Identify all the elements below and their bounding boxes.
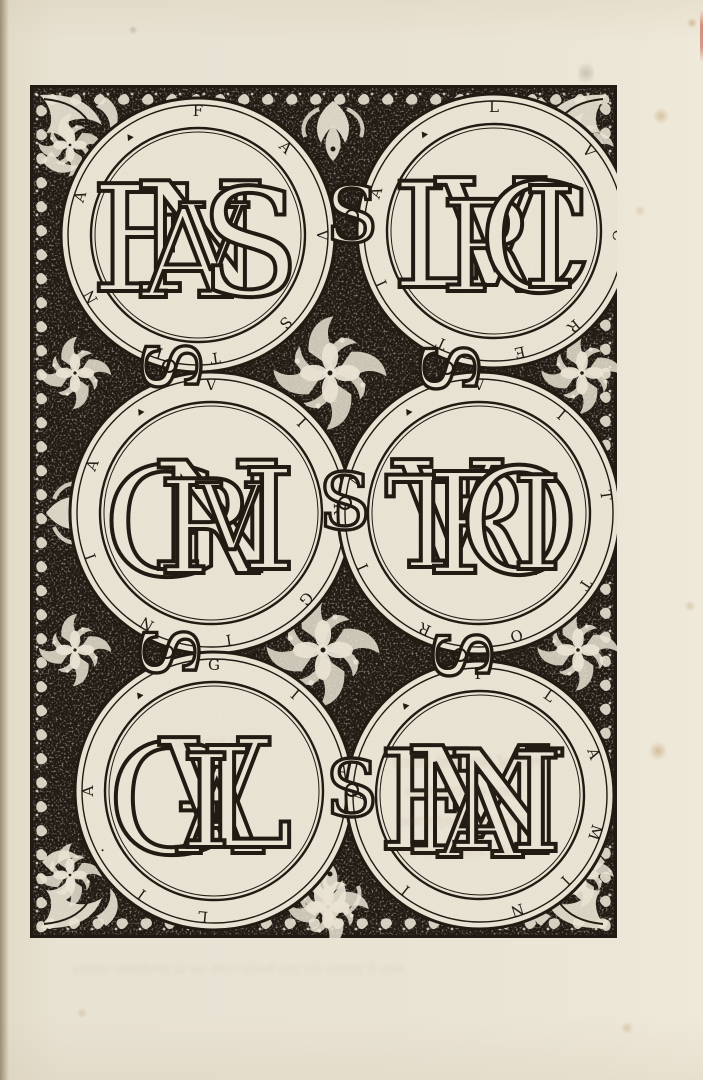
page-gutter-shadow bbox=[0, 0, 9, 1080]
svg-text:S: S bbox=[402, 341, 492, 394]
foxing-spot bbox=[686, 18, 698, 28]
chain-link: S bbox=[415, 628, 505, 681]
foxing-spot bbox=[620, 1022, 634, 1034]
medallion-favstina: FNAVSFAVSTINA bbox=[61, 98, 335, 372]
monogram-letter: S bbox=[199, 158, 300, 330]
show-through-band: non fi potea dir piu bella cofa ne la pr… bbox=[72, 962, 404, 977]
rim-letter: A bbox=[79, 785, 97, 797]
svg-text:S: S bbox=[325, 171, 378, 261]
chain-link: S bbox=[318, 458, 371, 548]
svg-text:S: S bbox=[415, 628, 505, 681]
rim-letter: F bbox=[193, 102, 203, 120]
monogram-letter: I bbox=[509, 723, 564, 884]
foxing-spot bbox=[76, 1008, 88, 1018]
chain-link: S bbox=[124, 339, 214, 392]
monogram-medallions-engraving: FNAVSFAVSTINALVRCILVCRETIAGNRVIVIRGINIAV… bbox=[30, 85, 617, 938]
monogram-vittoria: VTROI bbox=[385, 430, 579, 608]
medallion-virginia: GNRVIVIRGINIA bbox=[70, 372, 352, 654]
monogram-givlia: GVALI bbox=[107, 708, 292, 889]
medallion-givlia: GVALIGIVLI·A bbox=[75, 652, 353, 930]
woodcut-plate: FNAVSFAVSTINALVRCILVCRETIAGNRVIVIRGINIAV… bbox=[30, 85, 617, 938]
rim-letter: C bbox=[609, 229, 617, 241]
foxing-spot bbox=[652, 108, 670, 124]
svg-text:S: S bbox=[122, 625, 212, 678]
chain-link: S bbox=[325, 745, 378, 835]
monogram-flaminia: FMANI bbox=[378, 716, 568, 888]
monogram-letter: I bbox=[511, 448, 562, 600]
svg-text:S: S bbox=[124, 339, 214, 392]
book-page: FNAVSFAVSTINALVRCILVCRETIAGNRVIVIRGINIAV… bbox=[0, 0, 703, 1080]
chain-link: S bbox=[122, 625, 212, 678]
foxing-spot bbox=[684, 600, 696, 612]
monogram-favstina: FNAVS bbox=[91, 150, 301, 330]
rim-letter: L bbox=[489, 98, 499, 116]
svg-text:S: S bbox=[318, 458, 371, 548]
rim-letter: L bbox=[197, 907, 209, 926]
monogram-letter: I bbox=[241, 440, 296, 603]
foxing-spot bbox=[634, 205, 646, 216]
foxing-spot bbox=[648, 742, 668, 760]
chain-link: S bbox=[325, 171, 378, 261]
foxing-spot bbox=[578, 60, 594, 86]
svg-text:S: S bbox=[325, 745, 378, 835]
foxing-spot bbox=[128, 26, 138, 34]
medallion-lvcretia: LVRCILVCRETIA bbox=[357, 94, 617, 368]
monogram-virginia: GNRVI bbox=[103, 431, 297, 611]
chain-link: S bbox=[402, 341, 492, 394]
monogram-letter: I bbox=[522, 158, 577, 321]
monogram-letter: I bbox=[180, 726, 231, 878]
monogram-lvcretia: LVRCI bbox=[392, 148, 594, 327]
medallion-flaminia: FMANIFLAMINIA bbox=[346, 661, 614, 929]
medallion-vittoria: VTROIVITTORIA bbox=[338, 372, 617, 654]
